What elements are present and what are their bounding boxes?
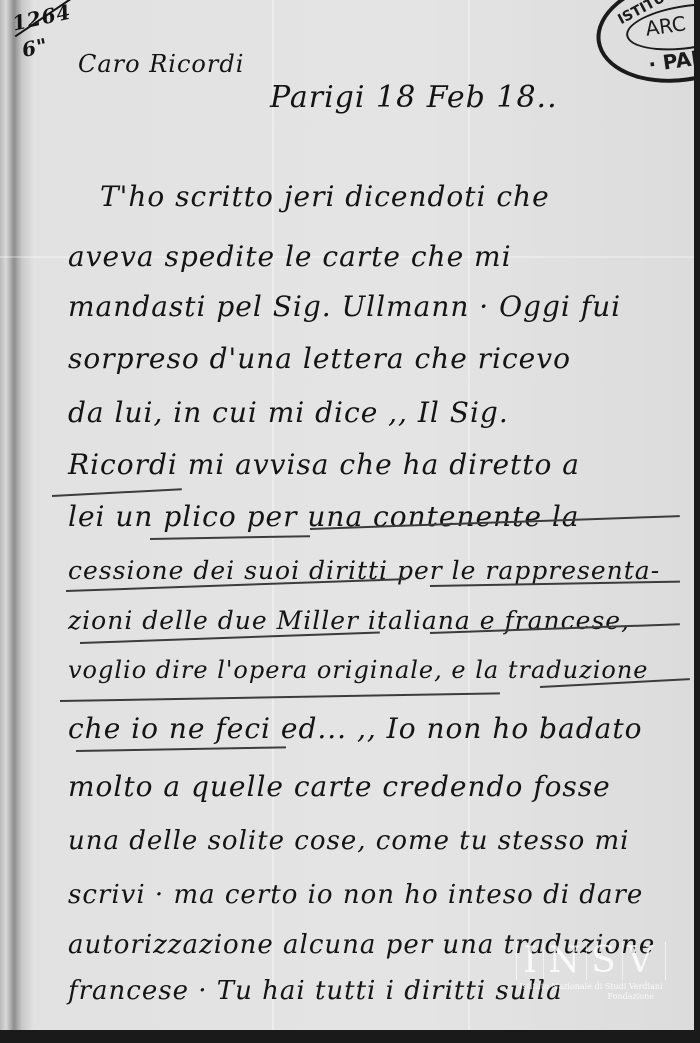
underline xyxy=(150,535,310,540)
archival-number-sub: 6" xyxy=(20,33,51,62)
body-line: sorpreso d'una lettera che ricevo xyxy=(68,342,571,375)
watermark-logo: I N S V xyxy=(516,942,666,980)
body-line: T'ho scritto jeri dicendoti che xyxy=(100,180,550,213)
body-line: che io ne feci ed... ,, Io non ho badato xyxy=(68,712,642,745)
watermark-letter: N xyxy=(548,942,587,980)
watermark-subtitle: Istituto Nazionale di Studi Verdiani xyxy=(516,982,666,992)
body-line: mandasti pel Sig. Ullmann · Oggi fui xyxy=(68,290,621,323)
body-line: scrivi · ma certo io non ho inteso di da… xyxy=(68,880,643,910)
watermark-letter: I xyxy=(523,942,544,980)
underline xyxy=(52,488,182,497)
archival-number: 1264 6" xyxy=(10,0,73,35)
body-line: una delle solite cose, come tu stesso mi xyxy=(68,826,630,856)
body-line: da lui, in cui mi dice ,, Il Sig. xyxy=(68,396,509,429)
dateline: Parigi 18 Feb 18.. xyxy=(270,80,558,115)
body-line: zioni delle due Miller italiana e france… xyxy=(68,606,630,635)
watermark-subtitle-2: Fondazione xyxy=(516,992,666,1002)
body-line: aveva spedite le carte che mi xyxy=(68,240,512,273)
insv-watermark: I N S V Istituto Nazionale di Studi Verd… xyxy=(516,942,666,1020)
underline xyxy=(60,692,500,702)
body-line: voglio dire l'opera originale, e la trad… xyxy=(68,656,649,684)
watermark-letter: V xyxy=(627,942,659,980)
body-line: francese · Tu hai tutti i diritti sulla xyxy=(68,976,563,1006)
body-line: Ricordi mi avvisa che ha diretto a xyxy=(68,448,580,481)
watermark-letter: S xyxy=(591,942,623,980)
archive-stamp: ISTITUTO ST ARC · PAR xyxy=(590,0,694,93)
letter-page: 1264 6" Caro Ricordi Parigi 18 Feb 18.. … xyxy=(0,0,694,1030)
salutation: Caro Ricordi xyxy=(78,50,244,78)
body-line: molto a quelle carte credendo fosse xyxy=(68,770,611,803)
underline xyxy=(76,746,286,752)
